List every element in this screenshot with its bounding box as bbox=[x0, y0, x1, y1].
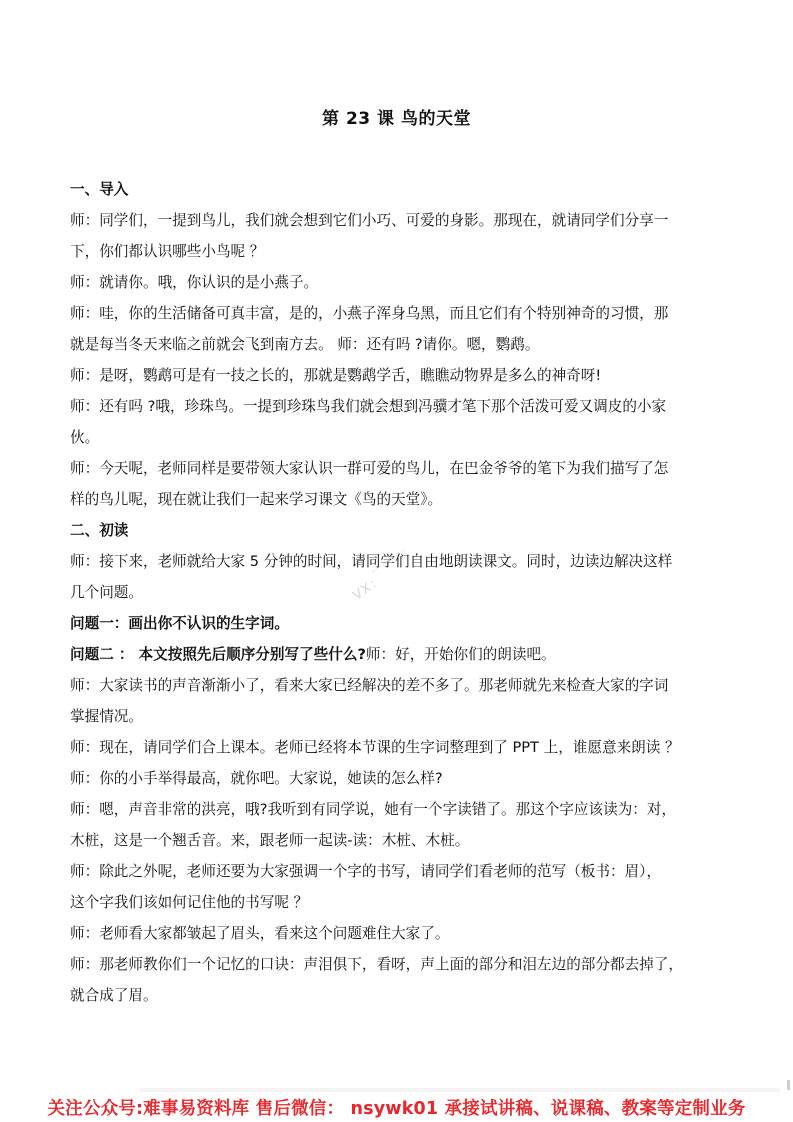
paragraph-line: 师：接下来，老师就给大家 5 分钟的时间，请同学们自由地朗读课文。同时，边读边解… bbox=[70, 546, 730, 577]
paragraph-line: 几个问题。 bbox=[70, 577, 730, 608]
paragraph-line: 师：今天呢，老师同样是要带领大家认识一群可爱的鸟儿，在巴金爷爷的笔下为我们描写了… bbox=[70, 453, 730, 484]
page-corner-mark bbox=[787, 1080, 790, 1090]
document-page: 第 23 课 鸟的天堂 一、导入 师：同学们，一提到鸟儿，我们就会想到它们小巧、… bbox=[0, 0, 793, 1122]
document-body: 一、导入 师：同学们，一提到鸟儿，我们就会想到它们小巧、可爱的身影。那现在，就请… bbox=[70, 174, 730, 1011]
paragraph-line: 伙。 bbox=[70, 422, 730, 453]
paragraph-line: 师：还有吗 ?哦，珍珠鸟。一提到珍珠鸟我们就会想到冯骥才笔下那个活泼可爱又调皮的… bbox=[70, 391, 730, 422]
paragraph-line: 师：哇，你的生活储备可真丰富，是的，小燕子浑身乌黑，而且它们有个特别神奇的习惯，… bbox=[70, 298, 730, 329]
paragraph-line: 就合成了眉。 bbox=[70, 980, 730, 1011]
paragraph-text: 师：好，开始你们的朗读吧。 bbox=[366, 646, 556, 663]
section-heading-first-reading: 二、初读 bbox=[70, 515, 730, 546]
question-one: 问题一：画出你不认识的生字词。 bbox=[70, 608, 730, 639]
paragraph-line: 就是每当冬天来临之前就会飞到南方去。 师：还有吗 ?请你。嗯，鹦鹉。 bbox=[70, 329, 730, 360]
paragraph-line: 样的鸟儿呢，现在就让我们一起来学习课文《鸟的天堂》。 bbox=[70, 484, 730, 515]
paragraph-line: 掌握情况。 bbox=[70, 701, 730, 732]
question-two: 问题二 ： 本文按照先后顺序分别写了些什么? bbox=[70, 646, 366, 663]
paragraph-line: 师：那老师教你们一个记忆的口诀：声泪俱下，看呀，声上面的部分和泪左边的部分都去掉… bbox=[70, 949, 730, 980]
footer-promo-banner: 关注公众号:难事易资料库 售后微信： nsywk01 承接试讲稿、说课稿、教案等… bbox=[0, 1095, 793, 1120]
paragraph-line: 下，你们都认识哪些小鸟呢 ？ bbox=[70, 236, 730, 267]
section-heading-intro: 一、导入 bbox=[70, 174, 730, 205]
footer-divider bbox=[140, 1088, 780, 1092]
page-title: 第 23 课 鸟的天堂 bbox=[0, 104, 793, 129]
question-two-line: 问题二 ： 本文按照先后顺序分别写了些什么?师：好，开始你们的朗读吧。 bbox=[70, 639, 730, 670]
paragraph-line: 师：大家读书的声音渐渐小了，看来大家已经解决的差不多了。那老师就先来检查大家的字… bbox=[70, 670, 730, 701]
paragraph-line: 师：是呀，鹦鹉可是有一技之长的，那就是鹦鹉学舌，瞧瞧动物界是多么的神奇呀! bbox=[70, 360, 730, 391]
paragraph-line: 师：老师看大家都皱起了眉头，看来这个问题难住大家了。 bbox=[70, 918, 730, 949]
paragraph-line: 师：除此之外呢，老师还要为大家强调一个字的书写，请同学们看老师的范写（板书：眉）… bbox=[70, 856, 730, 887]
paragraph-line: 师：现在，请同学们合上课本。老师已经将本节课的生字词整理到了 PPT 上，谁愿意… bbox=[70, 732, 730, 763]
paragraph-line: 木桩，这是一个翘舌音。来，跟老师一起读-读：木桩、木桩。 bbox=[70, 825, 730, 856]
paragraph-line: 师：就请你。哦，你认识的是小燕子。 bbox=[70, 267, 730, 298]
paragraph-line: 师：嗯，声音非常的洪亮，哦?我听到有同学说，她有一个字读错了。那这个字应该读为：… bbox=[70, 794, 730, 825]
paragraph-line: 师：你的小手举得最高，就你吧。大家说，她读的怎么样? bbox=[70, 763, 730, 794]
paragraph-line: 这个字我们该如何记住他的书写呢 ？ bbox=[70, 887, 730, 918]
paragraph-line: 师：同学们，一提到鸟儿，我们就会想到它们小巧、可爱的身影。那现在，就请同学们分享… bbox=[70, 205, 730, 236]
